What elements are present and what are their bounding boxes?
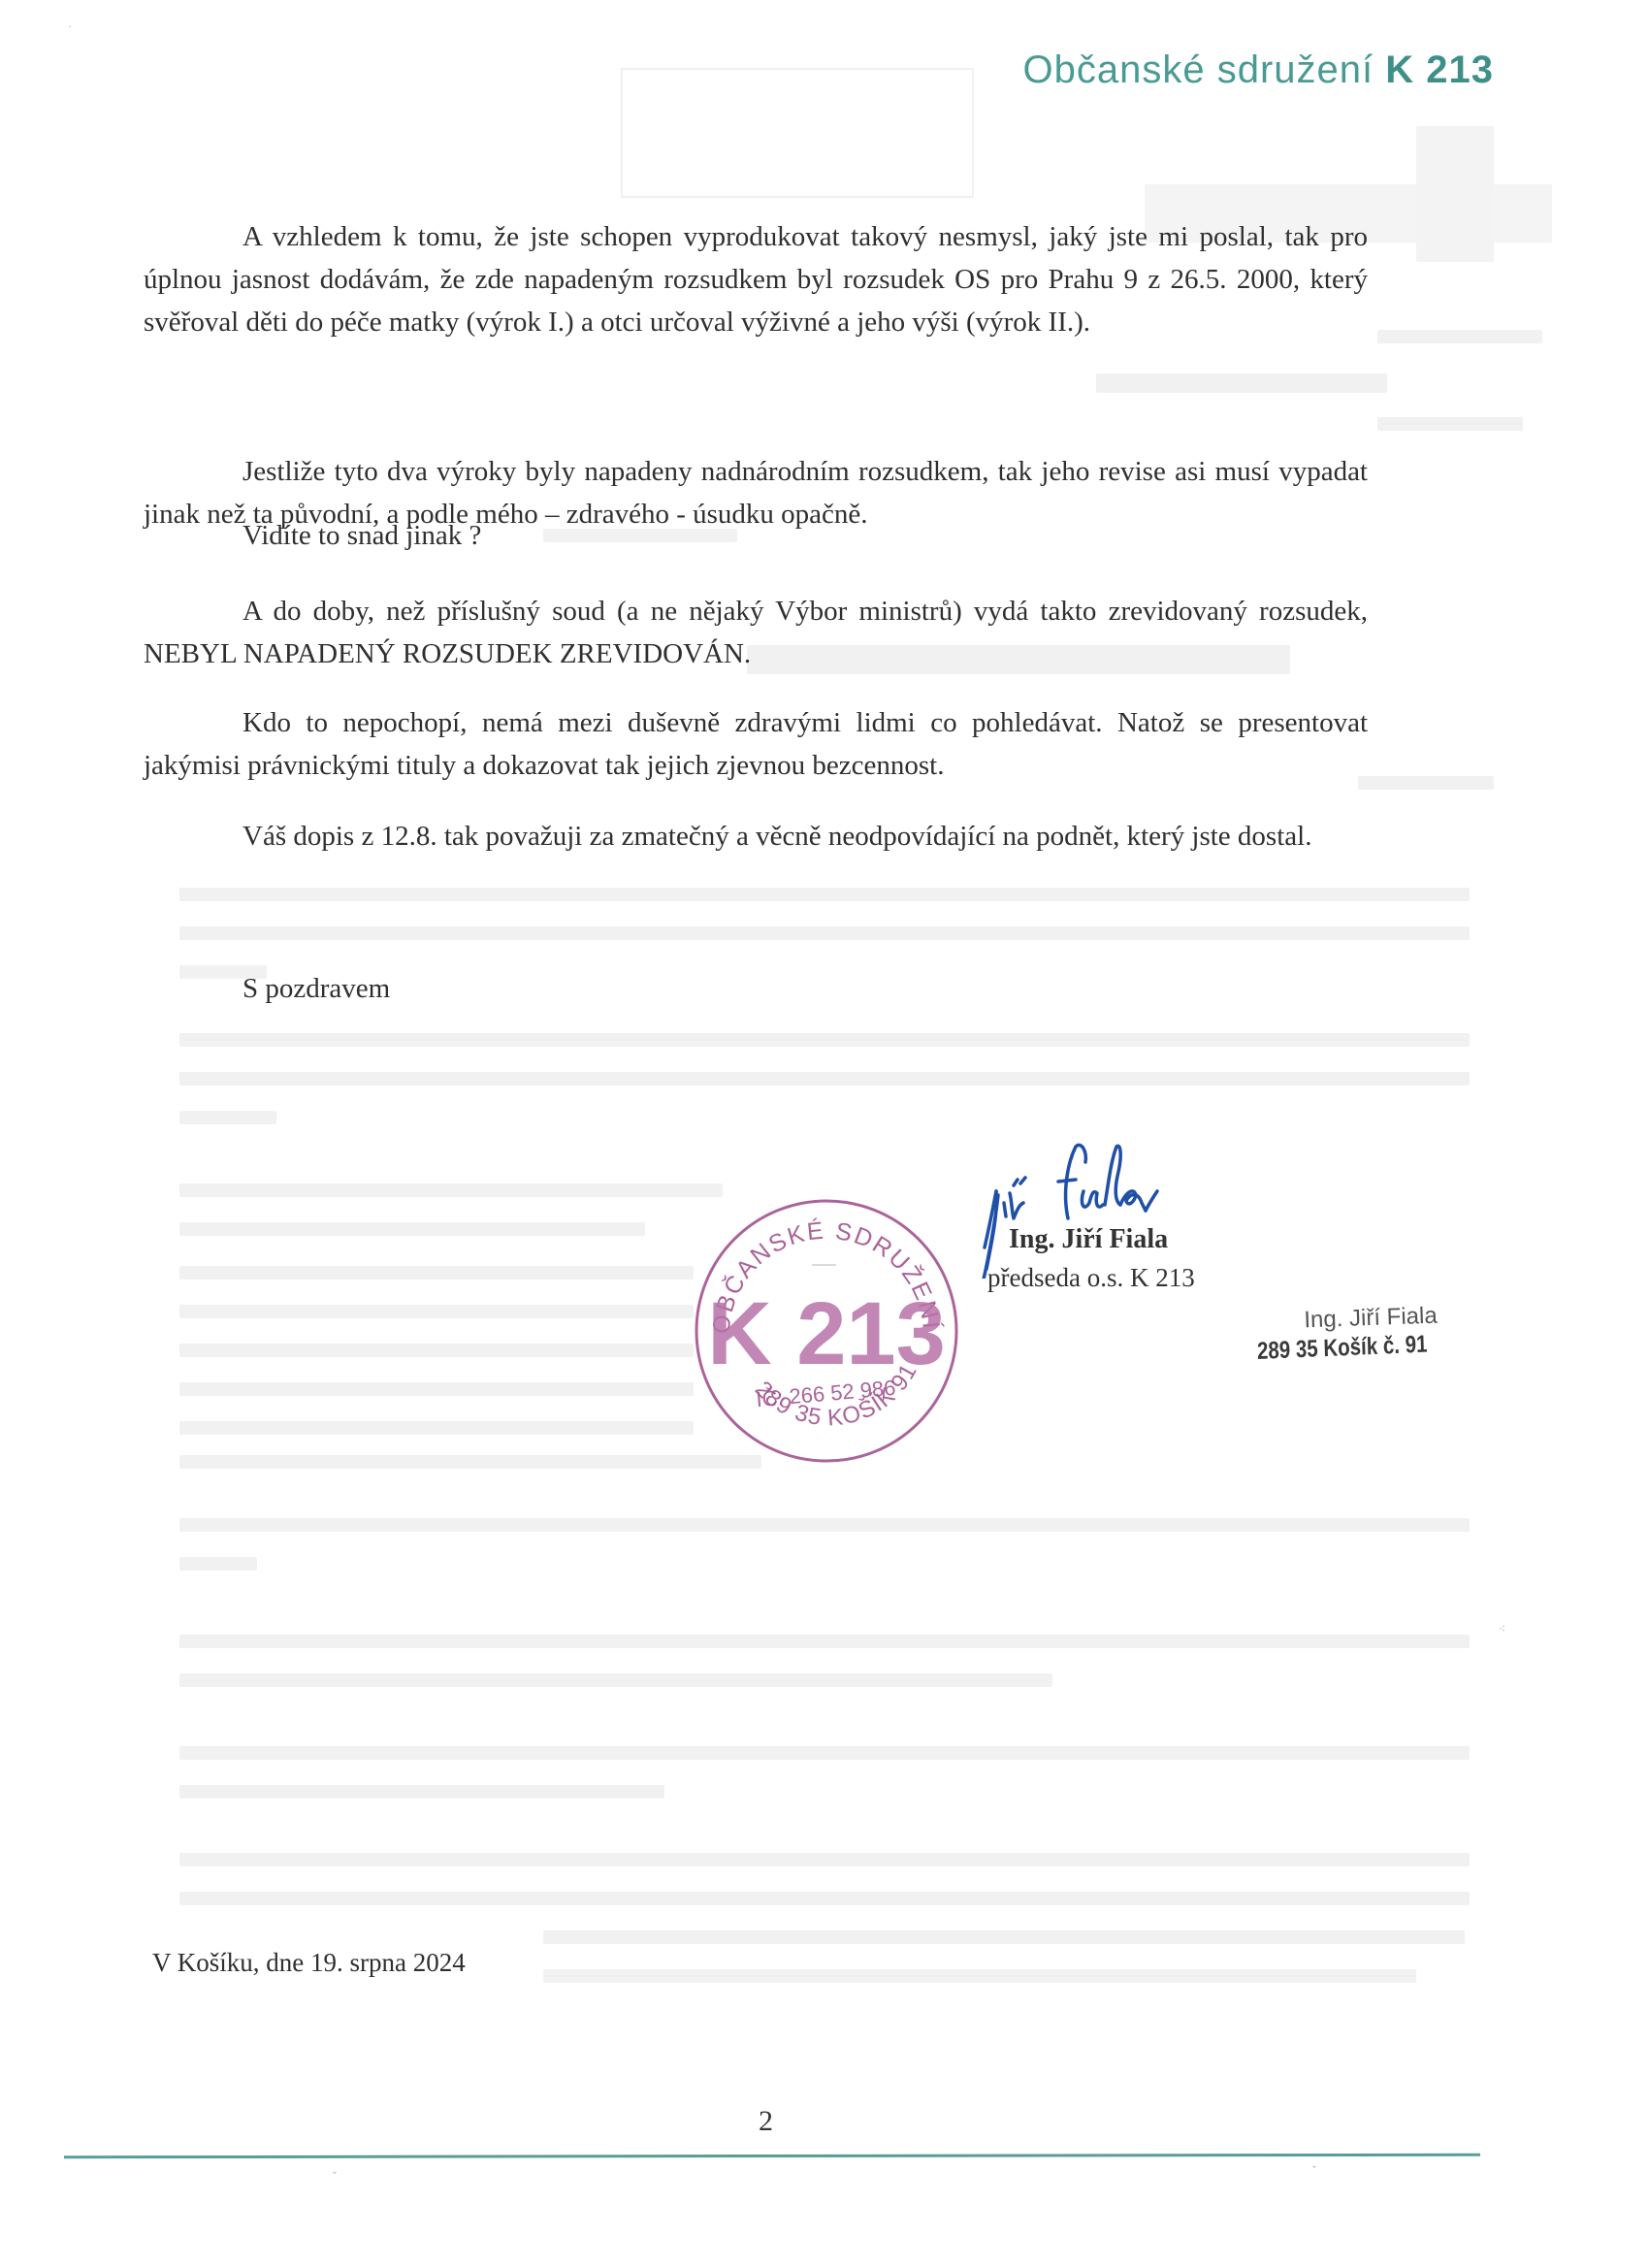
scan-speck: ˇ (333, 2169, 337, 2184)
paragraph-6: Váš dopis z 12.8. tak považuji za zmateč… (144, 815, 1368, 858)
signatory-role: předseda o.s. K 213 (987, 1263, 1195, 1293)
paragraph-1: A vzhledem k tomu, že jste schopen vypro… (144, 215, 1368, 343)
signatory-name: Ing. Jiří Fiala (1009, 1224, 1168, 1255)
scan-speck: · (68, 19, 72, 34)
paragraph-5: Kdo to nepochopí, nemá mezi duševně zdra… (144, 701, 1368, 787)
paragraph-question: Vidíte to snad jinak ? (144, 514, 1368, 557)
org-code: K 213 (1385, 49, 1494, 91)
page-number: 2 (759, 2105, 773, 2138)
footer-rule (64, 2154, 1480, 2159)
greeting: S pozdravem (144, 967, 1368, 1010)
place-and-date: V Košíku, dne 19. srpna 2024 (152, 1948, 466, 1978)
handwritten-signature (975, 1133, 1169, 1279)
org-name: Občanské sdružení (1022, 49, 1374, 91)
letter-page: Občanské sdružení K 213 A vzhledem k tom… (0, 0, 1649, 2268)
scan-speck: ⁖ (1499, 1622, 1505, 1636)
round-stamp: OBČANSKÉ SDRUŽENÍ K 213 IČ: 266 52 986 2… (691, 1195, 962, 1467)
scan-speck: ˇ (1312, 2163, 1316, 2178)
address-stamp-address: 289 35 Košík č. 91 (1257, 1328, 1428, 1368)
address-stamp: Ing. Jiří Fiala 289 35 Košík č. 91 (1257, 1302, 1465, 1368)
paragraph-4: A do doby, než příslušný soud (a ne něja… (144, 590, 1368, 675)
letterhead-title: Občanské sdružení K 213 (1022, 49, 1494, 92)
